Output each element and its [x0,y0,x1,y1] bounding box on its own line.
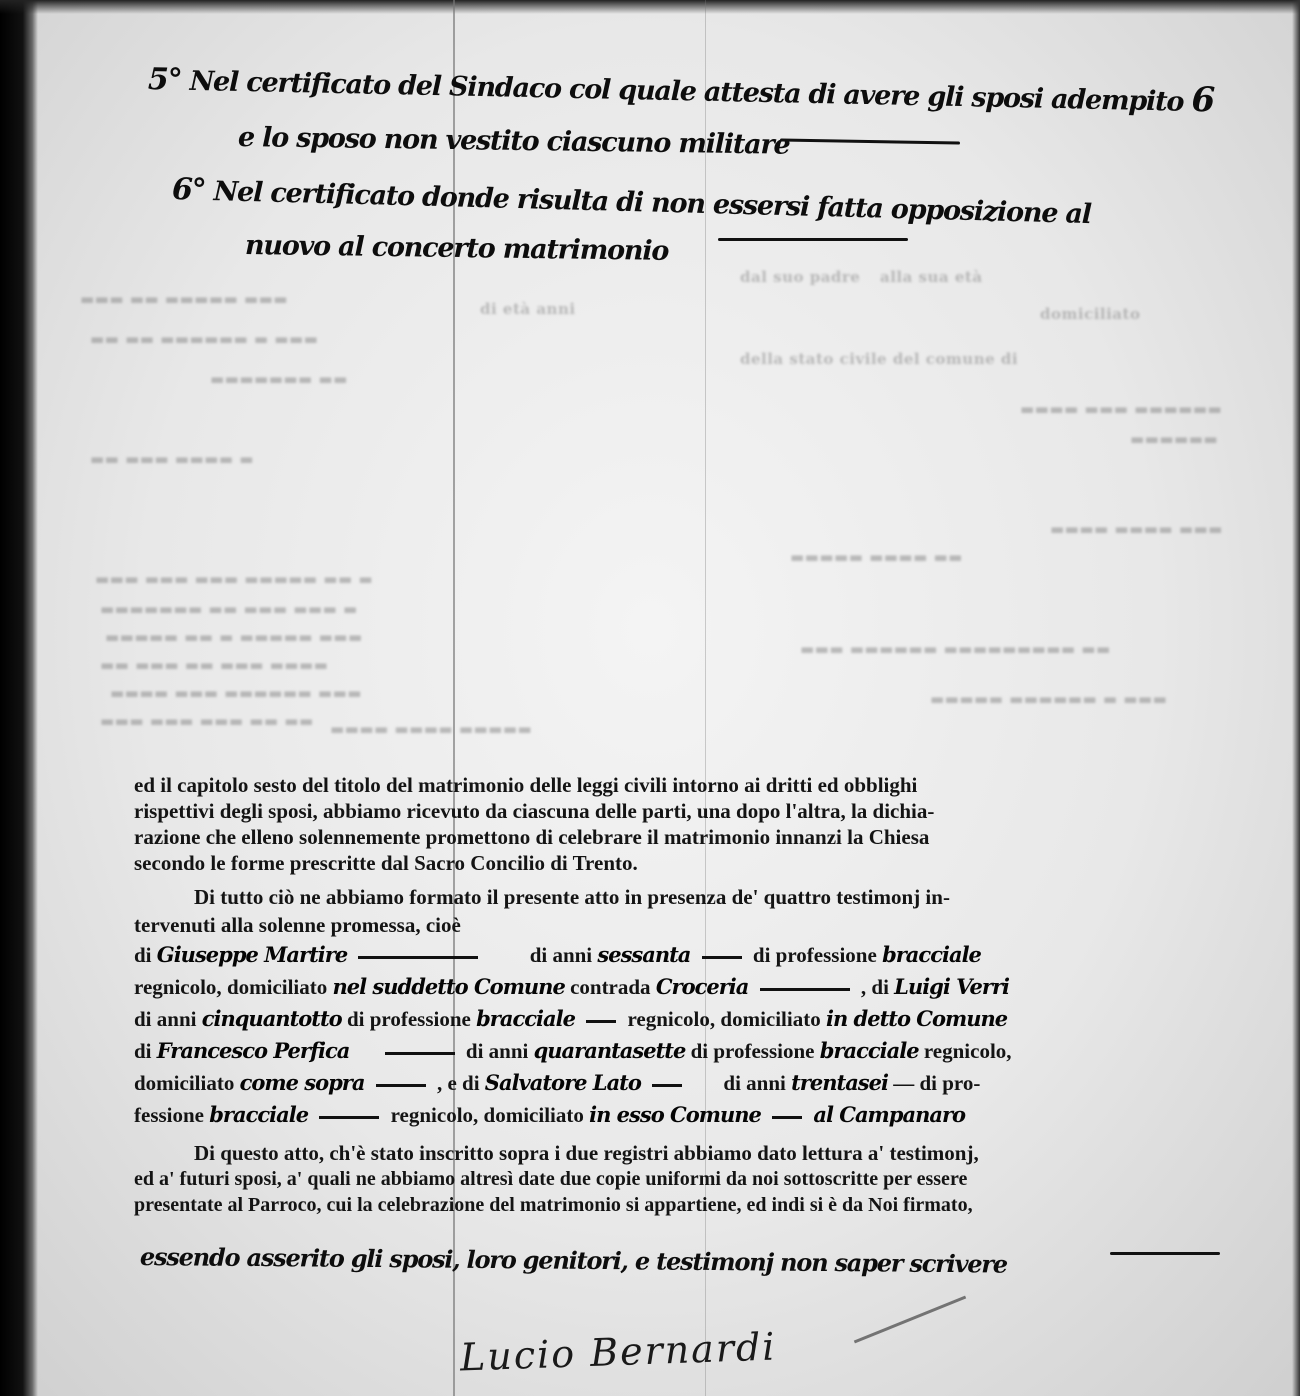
printed-line: Di tutto ciò ne abbiamo formato il prese… [194,884,950,910]
witness-2-line: di anni cinquantotto di professione brac… [134,1006,1007,1032]
top-edge-shadow [0,0,1300,14]
witness-profession: bracciale [209,1102,308,1127]
witness-1-line-b: regnicolo, domiciliato nel suddetto Comu… [134,974,1009,1000]
printed-line: tervenuti alla solenne promessa, cioè [134,912,461,938]
blank-rule [319,1116,379,1119]
ghost-text: della stato civile del comune di [740,350,1018,368]
witness-1-line-a: di Giuseppe Martire di anni sessanta di … [134,942,981,968]
handwritten-dash [1110,1252,1220,1255]
blank-rule [586,1020,616,1023]
ghost-text: di età anni [480,300,576,318]
witness-name: Giuseppe Martire [157,942,347,967]
handwritten-note-6-cont: nuovo al concerto matrimonio [245,230,669,267]
printed-line: secondo le forme prescritte dal Sacro Co… [134,850,638,876]
blank-rule [358,956,478,959]
handwritten-note-5: 5° Nel certificato del Sindaco col quale… [148,58,1215,120]
printed-line: presentate al Parroco, cui la celebrazio… [134,1192,973,1218]
handwritten-dash [780,138,960,144]
blank-rule [760,988,850,991]
handwritten-note-5-cont: e lo sposo non vestito ciascuno militare [238,122,790,161]
ghost-text: alla sua età [880,268,983,286]
blank-rule [772,1116,802,1119]
witness-3-line-a: di Francesco Perfica di anni quarantaset… [134,1038,1012,1064]
witness-name: Salvatore Lato [485,1070,641,1095]
official-signature: Lucio Bernardi [459,1324,777,1379]
printed-line: ed il capitolo sesto del titolo del matr… [134,772,917,798]
witness-name: Francesco Perfica [157,1038,350,1063]
printed-line: Di questo atto, ch'è stato inscritto sop… [194,1140,979,1166]
blank-rule [702,956,742,959]
document-page: dal suo padre alla sua età domiciliato d… [0,0,1300,1396]
witness-age: cinquantotto [202,1006,342,1031]
witness-name: Luigi Verri [894,974,1009,999]
witness-3-line-b: domiciliato come sopra , e di Salvatore … [134,1070,980,1096]
handwritten-dash [718,238,908,241]
handwritten-note-6: 6° Nel certificato donde risulta di non … [172,172,1092,231]
handwritten-footer-note: essendo asserito gli sposi, loro genitor… [140,1242,1007,1279]
blank-rule [652,1084,682,1087]
witness-age: trentasei [791,1070,888,1095]
witness-age: sessanta [597,942,690,967]
ghost-text: dal suo padre [740,268,860,286]
witness-profession: bracciale [476,1006,575,1031]
printed-line: ed a' futuri sposi, a' quali ne abbiamo … [134,1166,967,1192]
witness-profession: bracciale [820,1038,919,1063]
ghost-text: domiciliato [1040,305,1140,323]
blank-rule [385,1052,455,1055]
printed-line: rispettivi degli sposi, abbiamo ricevuto… [134,798,934,824]
witness-profession: bracciale [882,942,981,967]
witness-age: quarantasette [534,1038,686,1063]
printed-line: razione che elleno solennemente prometto… [134,824,929,850]
right-page-edge [1292,0,1300,1396]
book-binding-shadow [0,0,38,1396]
signature-flourish [854,1296,966,1344]
witness-4-line: fessione bracciale regnicolo, domiciliat… [134,1102,965,1128]
blank-rule [376,1084,426,1087]
